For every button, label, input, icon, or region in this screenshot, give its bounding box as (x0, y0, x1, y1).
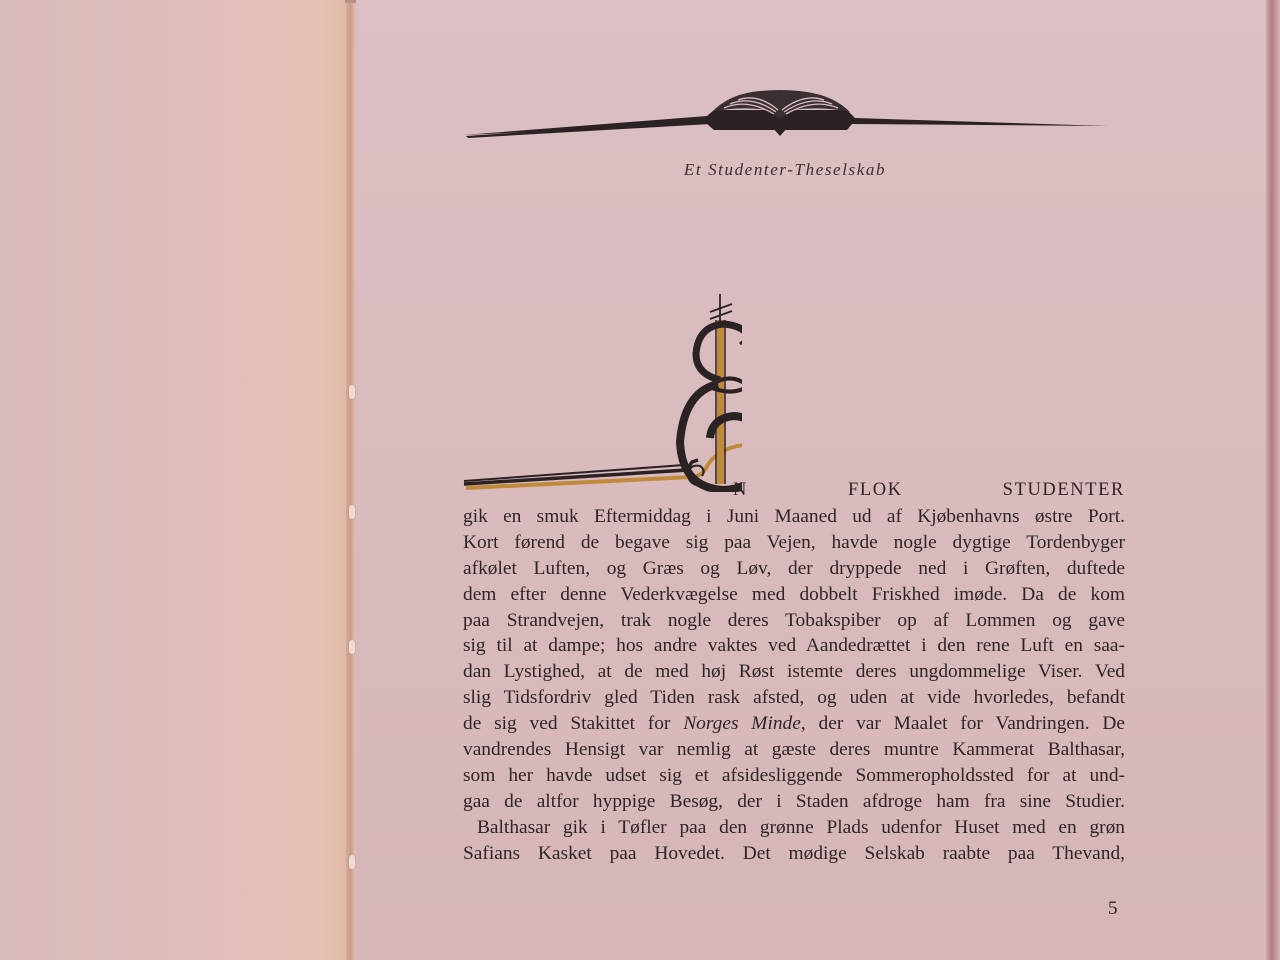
text-line: vandrendes Hensigt var nemlig at gæste d… (463, 737, 1125, 763)
italic-place-name: Norges Minde (683, 713, 801, 734)
text-line: Safians Kasket paa Hovedet. Det mødige S… (463, 841, 1125, 867)
text-line: dem efter denne Vederkvægelse med dobbel… (463, 582, 1125, 608)
text-line: gik en smuk Eftermiddag i Juni Maaned ud… (463, 504, 1125, 530)
page-stack-edge (1266, 0, 1280, 960)
binding-stitch (349, 855, 355, 869)
text-line: paa Strandvejen, trak nogle deres Tobaks… (463, 608, 1125, 634)
text-line: N FLOK STUDENTER (463, 478, 1125, 504)
text-line: gaa de altfor hyppige Besøg, der i Stade… (463, 789, 1125, 815)
text-line: Kort førend de begave sig paa Vejen, hav… (463, 530, 1125, 556)
drop-cap-e-icon (462, 292, 742, 497)
page-number: 5 (1108, 898, 1118, 920)
binding-stitch (349, 385, 355, 399)
text-line: som her havde udset sig et afsidesliggen… (463, 763, 1125, 789)
text-segment: de sig ved Stakittet for (463, 713, 683, 734)
text-line: de sig ved Stakittet for Norges Minde, d… (463, 711, 1125, 737)
text-line: sig til at dampe; hos andre vaktes ved A… (463, 633, 1125, 659)
binding-stitch (349, 640, 355, 654)
left-page (0, 0, 350, 960)
binding-stitch (349, 505, 355, 519)
running-title: Et Studenter-Theselskab (460, 160, 1110, 180)
text-segment: , der var Maalet for Vandringen. De (801, 713, 1125, 734)
open-book-flourish-icon (462, 88, 1112, 153)
text-line: afkølet Luften, og Græs og Løv, der dryp… (463, 556, 1125, 582)
text-line: dan Lystighed, at de med høj Røst istemt… (463, 659, 1125, 685)
text-line: slig Tidsfordriv gled Tiden rask afsted,… (463, 685, 1125, 711)
text-line: Balthasar gik i Tøfler paa den grønne Pl… (463, 815, 1125, 841)
body-text: N FLOK STUDENTER gik en smuk Eftermiddag… (463, 478, 1125, 867)
